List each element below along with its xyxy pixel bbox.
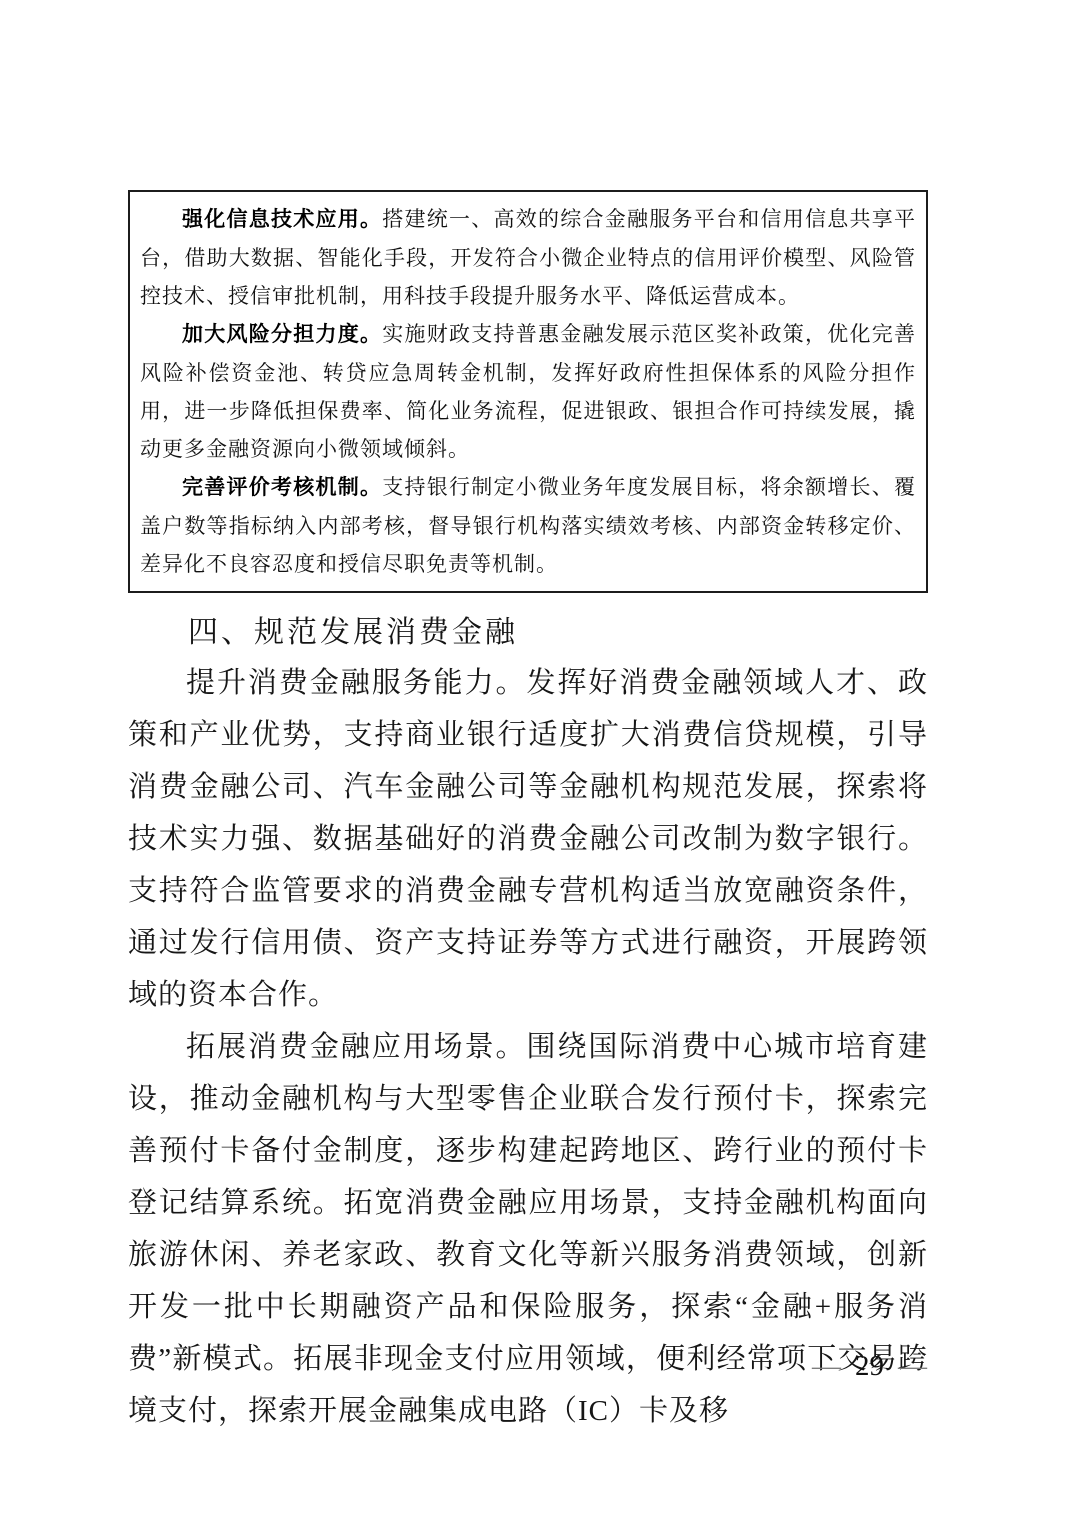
box-paragraph-lead: 强化信息技术应用。 <box>182 208 382 231</box>
document-content-column: 强化信息技术应用。搭建统一、高效的综合金融服务平台和信用信息共享平台，借助大数据… <box>128 190 928 1437</box>
page-number-value: 29 <box>855 1348 884 1384</box>
document-page: 强化信息技术应用。搭建统一、高效的综合金融服务平台和信用信息共享平台，借助大数据… <box>0 0 1074 1520</box>
body-paragraph: 拓展消费金融应用场景。围绕国际消费中心城市培育建设，推动金融机构与大型零售企业联… <box>128 1021 928 1437</box>
box-paragraph: 加大风险分担力度。实施财政支持普惠金融发展示范区奖补政策，优化完善风险补偿资金池… <box>140 315 916 468</box>
page-number-dash-left: — <box>812 1348 841 1384</box>
body-paragraph: 提升消费金融服务能力。发挥好消费金融领域人才、政策和产业优势，支持商业银行适度扩… <box>128 657 928 1021</box>
box-paragraph: 强化信息技术应用。搭建统一、高效的综合金融服务平台和信用信息共享平台，借助大数据… <box>140 200 916 315</box>
box-paragraph-lead: 加大风险分担力度。 <box>182 323 382 346</box>
box-paragraph: 完善评价考核机制。支持银行制定小微业务年度发展目标，将余额增长、覆盖户数等指标纳… <box>140 468 916 583</box>
highlight-box: 强化信息技术应用。搭建统一、高效的综合金融服务平台和信用信息共享平台，借助大数据… <box>128 190 928 593</box>
box-paragraph-lead: 完善评价考核机制。 <box>182 476 382 499</box>
section-heading: 四、规范发展消费金融 <box>128 609 928 657</box>
page-number: — 29 — <box>812 1348 927 1384</box>
page-number-dash-right: — <box>898 1348 927 1384</box>
